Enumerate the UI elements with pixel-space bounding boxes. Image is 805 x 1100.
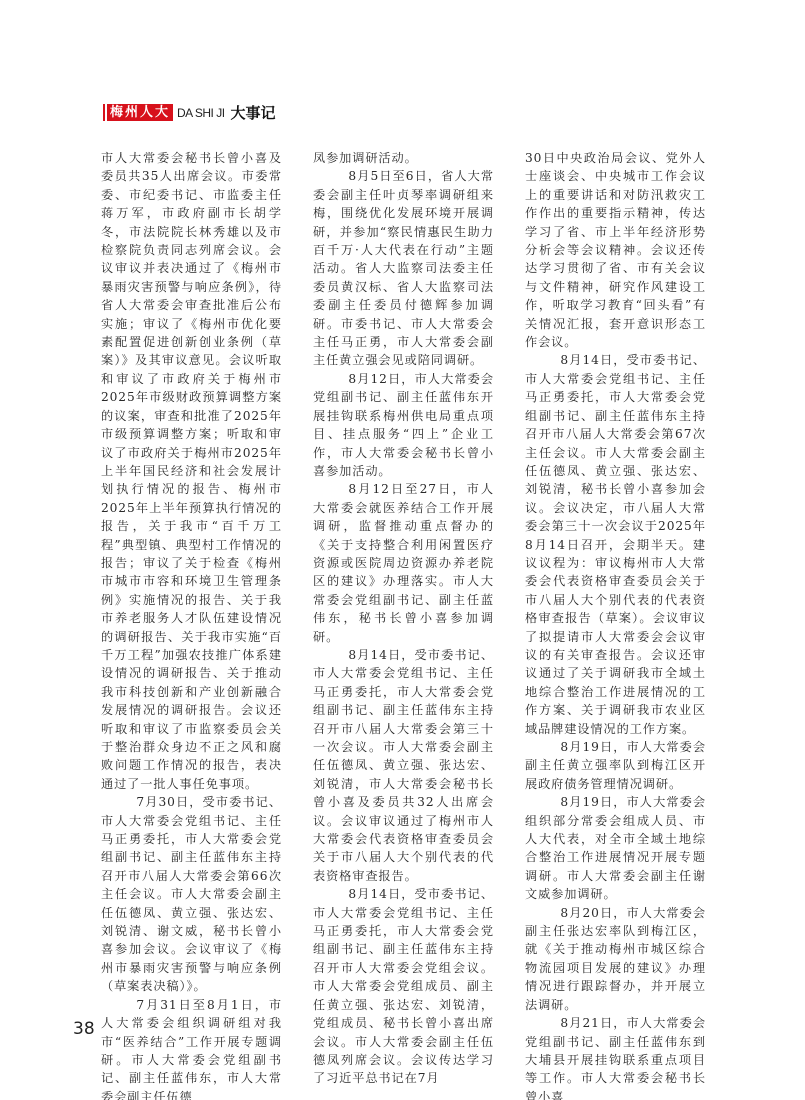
- paragraph: 30日中央政治局会议、党外人士座谈会、中央城市工作会议上的重要讲话和对防汛救灾工…: [525, 149, 706, 351]
- paragraph: 8月19日，市人大常委会副主任黄立强率队到梅江区开展政府债务管理情况调研。: [525, 738, 706, 793]
- text-column-2: 凤参加调研活动。 8月5日至6日，省人大常委会副主任叶贞琴率调研组来梅，围绕优化…: [313, 149, 494, 1088]
- paragraph: 8月14日，受市委书记、市人大常委会党组书记、主任马正勇委托，市人大常委会党组副…: [525, 351, 706, 738]
- paragraph: 市人大常委会秘书长曾小喜及委员共35人出席会议。市委常委、市纪委书记、市监委主任…: [101, 149, 282, 793]
- paragraph: 8月20日，市人大常委会副主任张达宏率队到梅江区，就《关于推动梅州市城区综合物流…: [525, 904, 706, 1014]
- section-title: 大事记: [231, 102, 276, 123]
- paragraph: 8月12日至27日，市人大常委会就医养结合工作开展调研，监督推动重点督办的《关于…: [313, 480, 494, 646]
- brand-label: 梅州人大: [107, 104, 173, 121]
- page-number: 38: [73, 1019, 95, 1039]
- accent-bar: [103, 104, 105, 121]
- text-column-1: 市人大常委会秘书长曾小喜及委员共35人出席会议。市委常委、市纪委书记、市监委主任…: [101, 149, 282, 1100]
- paragraph: 8月5日至6日，省人大常委会副主任叶贞琴率调研组来梅，围绕优化发展环境开展调研，…: [313, 167, 494, 369]
- paragraph: 凤参加调研活动。: [313, 149, 494, 167]
- text-column-3: 30日中央政治局会议、党外人士座谈会、中央城市工作会议上的重要讲话和对防汛救灾工…: [525, 149, 706, 1100]
- paragraph: 8月21日，市人大常委会党组副书记、副主任蓝伟东到大埔县开展挂钩联系重点项目等工…: [525, 1014, 706, 1100]
- paragraph: 8月12日，市人大常委会党组副书记、副主任蓝伟东开展挂钩联系梅州供电局重点项目、…: [313, 370, 494, 480]
- section-header: 梅州人大 DA SHI JI 大事记: [103, 104, 276, 121]
- paragraph: 8月19日，市人大常委会组织部分常委会组成人员、市人大代表，对全市全域土地综合整…: [525, 793, 706, 903]
- paragraph: 8月14日，受市委书记、市人大常委会党组书记、主任马正勇委托，市人大常委会党组副…: [313, 885, 494, 1087]
- paragraph: 7月30日，受市委书记、市人大常委会党组书记、主任马正勇委托，市人大常委会党组副…: [101, 793, 282, 995]
- paragraph: 8月14日，受市委书记、市人大常委会党组书记、主任马正勇委托，市人大常委会党组副…: [313, 646, 494, 885]
- section-latin-title: DA SHI JI: [177, 106, 225, 120]
- paragraph: 7月31日至8月1日，市人大常委会组织调研组对我市“医养结合”工作开展专题调研。…: [101, 996, 282, 1100]
